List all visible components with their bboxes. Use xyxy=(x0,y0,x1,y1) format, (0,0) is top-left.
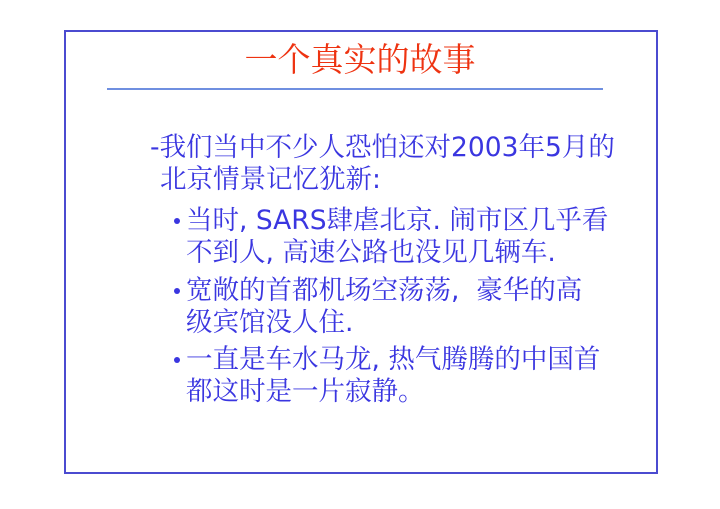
bullet-dot-icon xyxy=(174,288,180,294)
bullet-3-line-1: 一直是车水马龙, 热气腾腾的中国首 xyxy=(186,344,600,376)
bullet-2-line-1: 宽敞的首都机场空荡荡, 豪华的高 xyxy=(186,275,582,307)
bullet-dot-icon xyxy=(174,218,180,224)
bullet-2-line-2: 级宾馆没人住. xyxy=(186,307,353,339)
bullet-1-line-2: 不到人, 高速公路也没见几辆车. xyxy=(186,237,556,269)
bullet-3-line-2: 都这时是一片寂静。 xyxy=(186,376,425,408)
slide-title: 一个真实的故事 xyxy=(0,40,720,80)
bullet-1-line-1: 当时, SARS肆虐北京. 闹市区几乎看 xyxy=(186,205,608,237)
intro-line-2: 北京情景记忆犹新: xyxy=(160,164,381,196)
intro-dash-marker: - xyxy=(150,132,160,163)
intro-line-1: -我们当中不少人恐怕还对2003年5月的 xyxy=(150,132,615,164)
bullet-dot-icon xyxy=(174,357,180,363)
title-divider xyxy=(107,88,603,90)
